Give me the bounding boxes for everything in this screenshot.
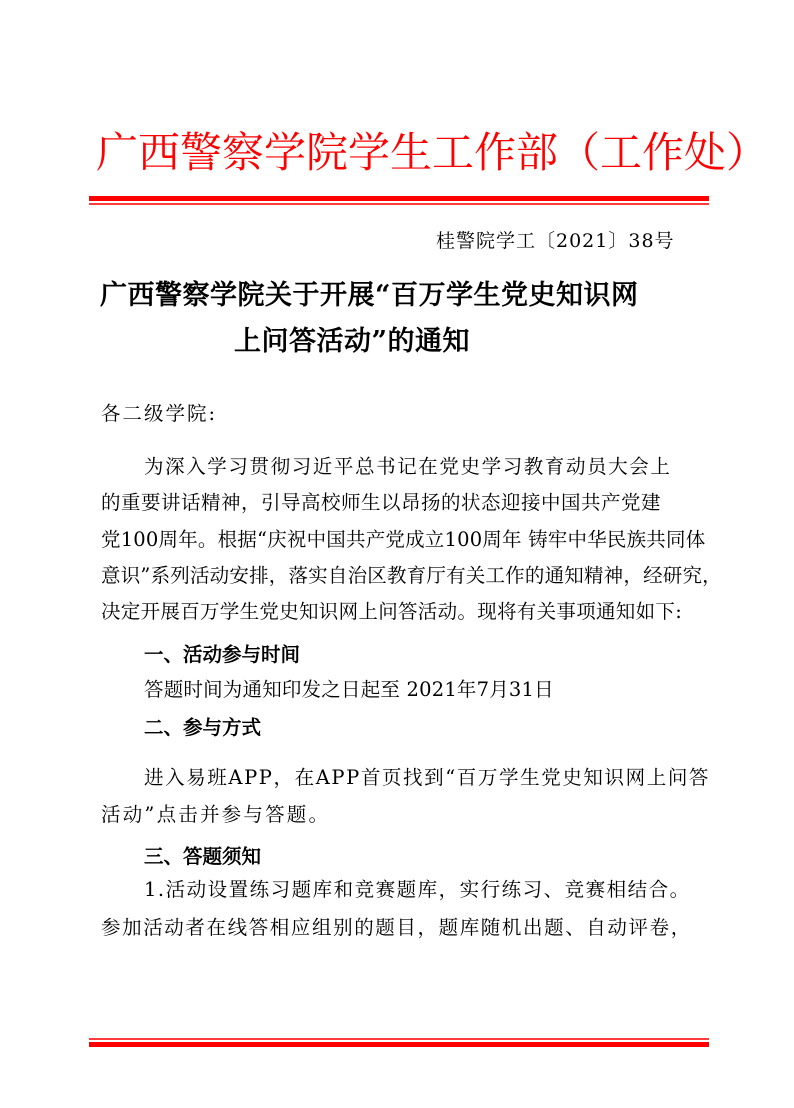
footer-divider-thin — [89, 1038, 709, 1040]
paragraph-line: 答题时间为通知印发之日起至 2021年7月31日 — [144, 676, 554, 704]
paragraph-line: 1.活动设置练习题库和竞赛题库，实行练习、竞赛相结合。 — [144, 876, 691, 904]
letterhead-divider-thick — [89, 196, 709, 201]
letterhead-divider-thin — [89, 203, 709, 205]
notice-title-line-1: 广西警察学院关于开展“百万学生党史知识网 — [100, 276, 639, 316]
paragraph-line: 意识”系列活动安排，落实自治区教育厅有关工作的通知精神，经研究， — [101, 562, 722, 590]
paragraph-line: 决定开展百万学生党史知识网上问答活动。现将有关事项通知如下: — [101, 598, 682, 626]
paragraph-line: 活动”点击并参与答题。 — [101, 801, 330, 829]
document-number: 桂警院学工〔2021〕38号 — [436, 228, 675, 254]
section-heading: 三、答题须知 — [144, 843, 261, 871]
section-heading: 一、活动参与时间 — [144, 641, 300, 669]
paragraph-line: 的重要讲话精神，引导高校师生以昂扬的状态迎接中国共产党建 — [101, 489, 661, 517]
notice-title-line-2: 上问答活动”的通知 — [234, 322, 470, 362]
paragraph-line: 参加活动者在线答相应组别的题目，题库随机出题、自动评卷， — [101, 914, 692, 942]
letterhead-title: 广西警察学院学生工作部（工作处） — [96, 122, 708, 184]
paragraph-line: 党100周年。根据“庆祝中国共产党成立100周年 铸牢中华民族共同体 — [101, 526, 705, 554]
salutation: 各二级学院: — [101, 400, 217, 428]
paragraph-line: 进入易班APP，在APP首页找到“百万学生党史知识网上问答 — [144, 764, 710, 792]
paragraph-line: 为深入学习贯彻习近平总书记在党史学习教育动员大会上 — [144, 453, 672, 481]
footer-divider-thick — [89, 1042, 709, 1047]
section-heading: 二、参与方式 — [144, 714, 261, 742]
